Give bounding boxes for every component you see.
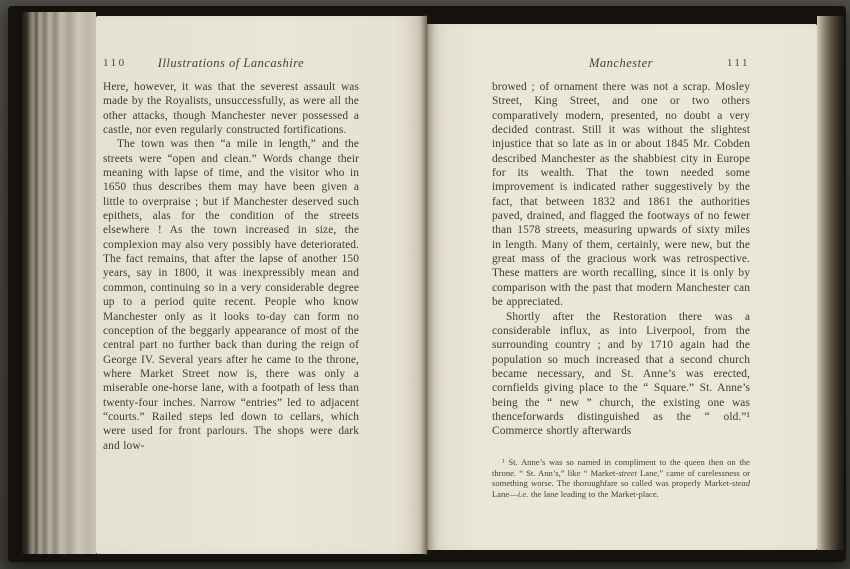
- book: 110 Illustrations of Lancashire Here, ho…: [8, 6, 846, 562]
- page-right-header: Manchester 111: [492, 56, 750, 74]
- page-right: Manchester 111 browed ; of ornament ther…: [427, 24, 817, 550]
- page-edges-left: [22, 12, 96, 554]
- footnote-italic-text: i.e.: [518, 489, 529, 499]
- footnote-text: the lane leading to the Market-place.: [528, 489, 659, 499]
- page-left-text: Here, however, it was that the severest …: [103, 80, 359, 453]
- paragraph: Shortly after the Restoration there was …: [492, 310, 750, 439]
- page-left-header: 110 Illustrations of Lancashire: [103, 56, 359, 74]
- paragraph: Here, however, it was that the severest …: [103, 80, 359, 137]
- page-number-right: 111: [727, 57, 750, 69]
- running-header-right: Manchester: [492, 56, 750, 71]
- footnote-italic-text: stead: [732, 478, 750, 488]
- footnote-italic-text: street: [618, 468, 637, 478]
- page-number-left: 110: [103, 57, 127, 69]
- paragraph: browed ; of ornament there was not a scr…: [492, 80, 750, 310]
- page-right-text: browed ; of ornament there was not a scr…: [492, 80, 750, 439]
- footnote-text: Lane—: [492, 489, 518, 499]
- running-header-left: Illustrations of Lancashire: [103, 56, 359, 71]
- paragraph: The town was then “a mile in length,” an…: [103, 137, 359, 453]
- photo-background: 110 Illustrations of Lancashire Here, ho…: [0, 0, 850, 569]
- page-left: 110 Illustrations of Lancashire Here, ho…: [96, 16, 427, 554]
- page-edges-right: [817, 16, 844, 550]
- footnote: ¹ St. Anne’s was so named in compliment …: [492, 457, 750, 499]
